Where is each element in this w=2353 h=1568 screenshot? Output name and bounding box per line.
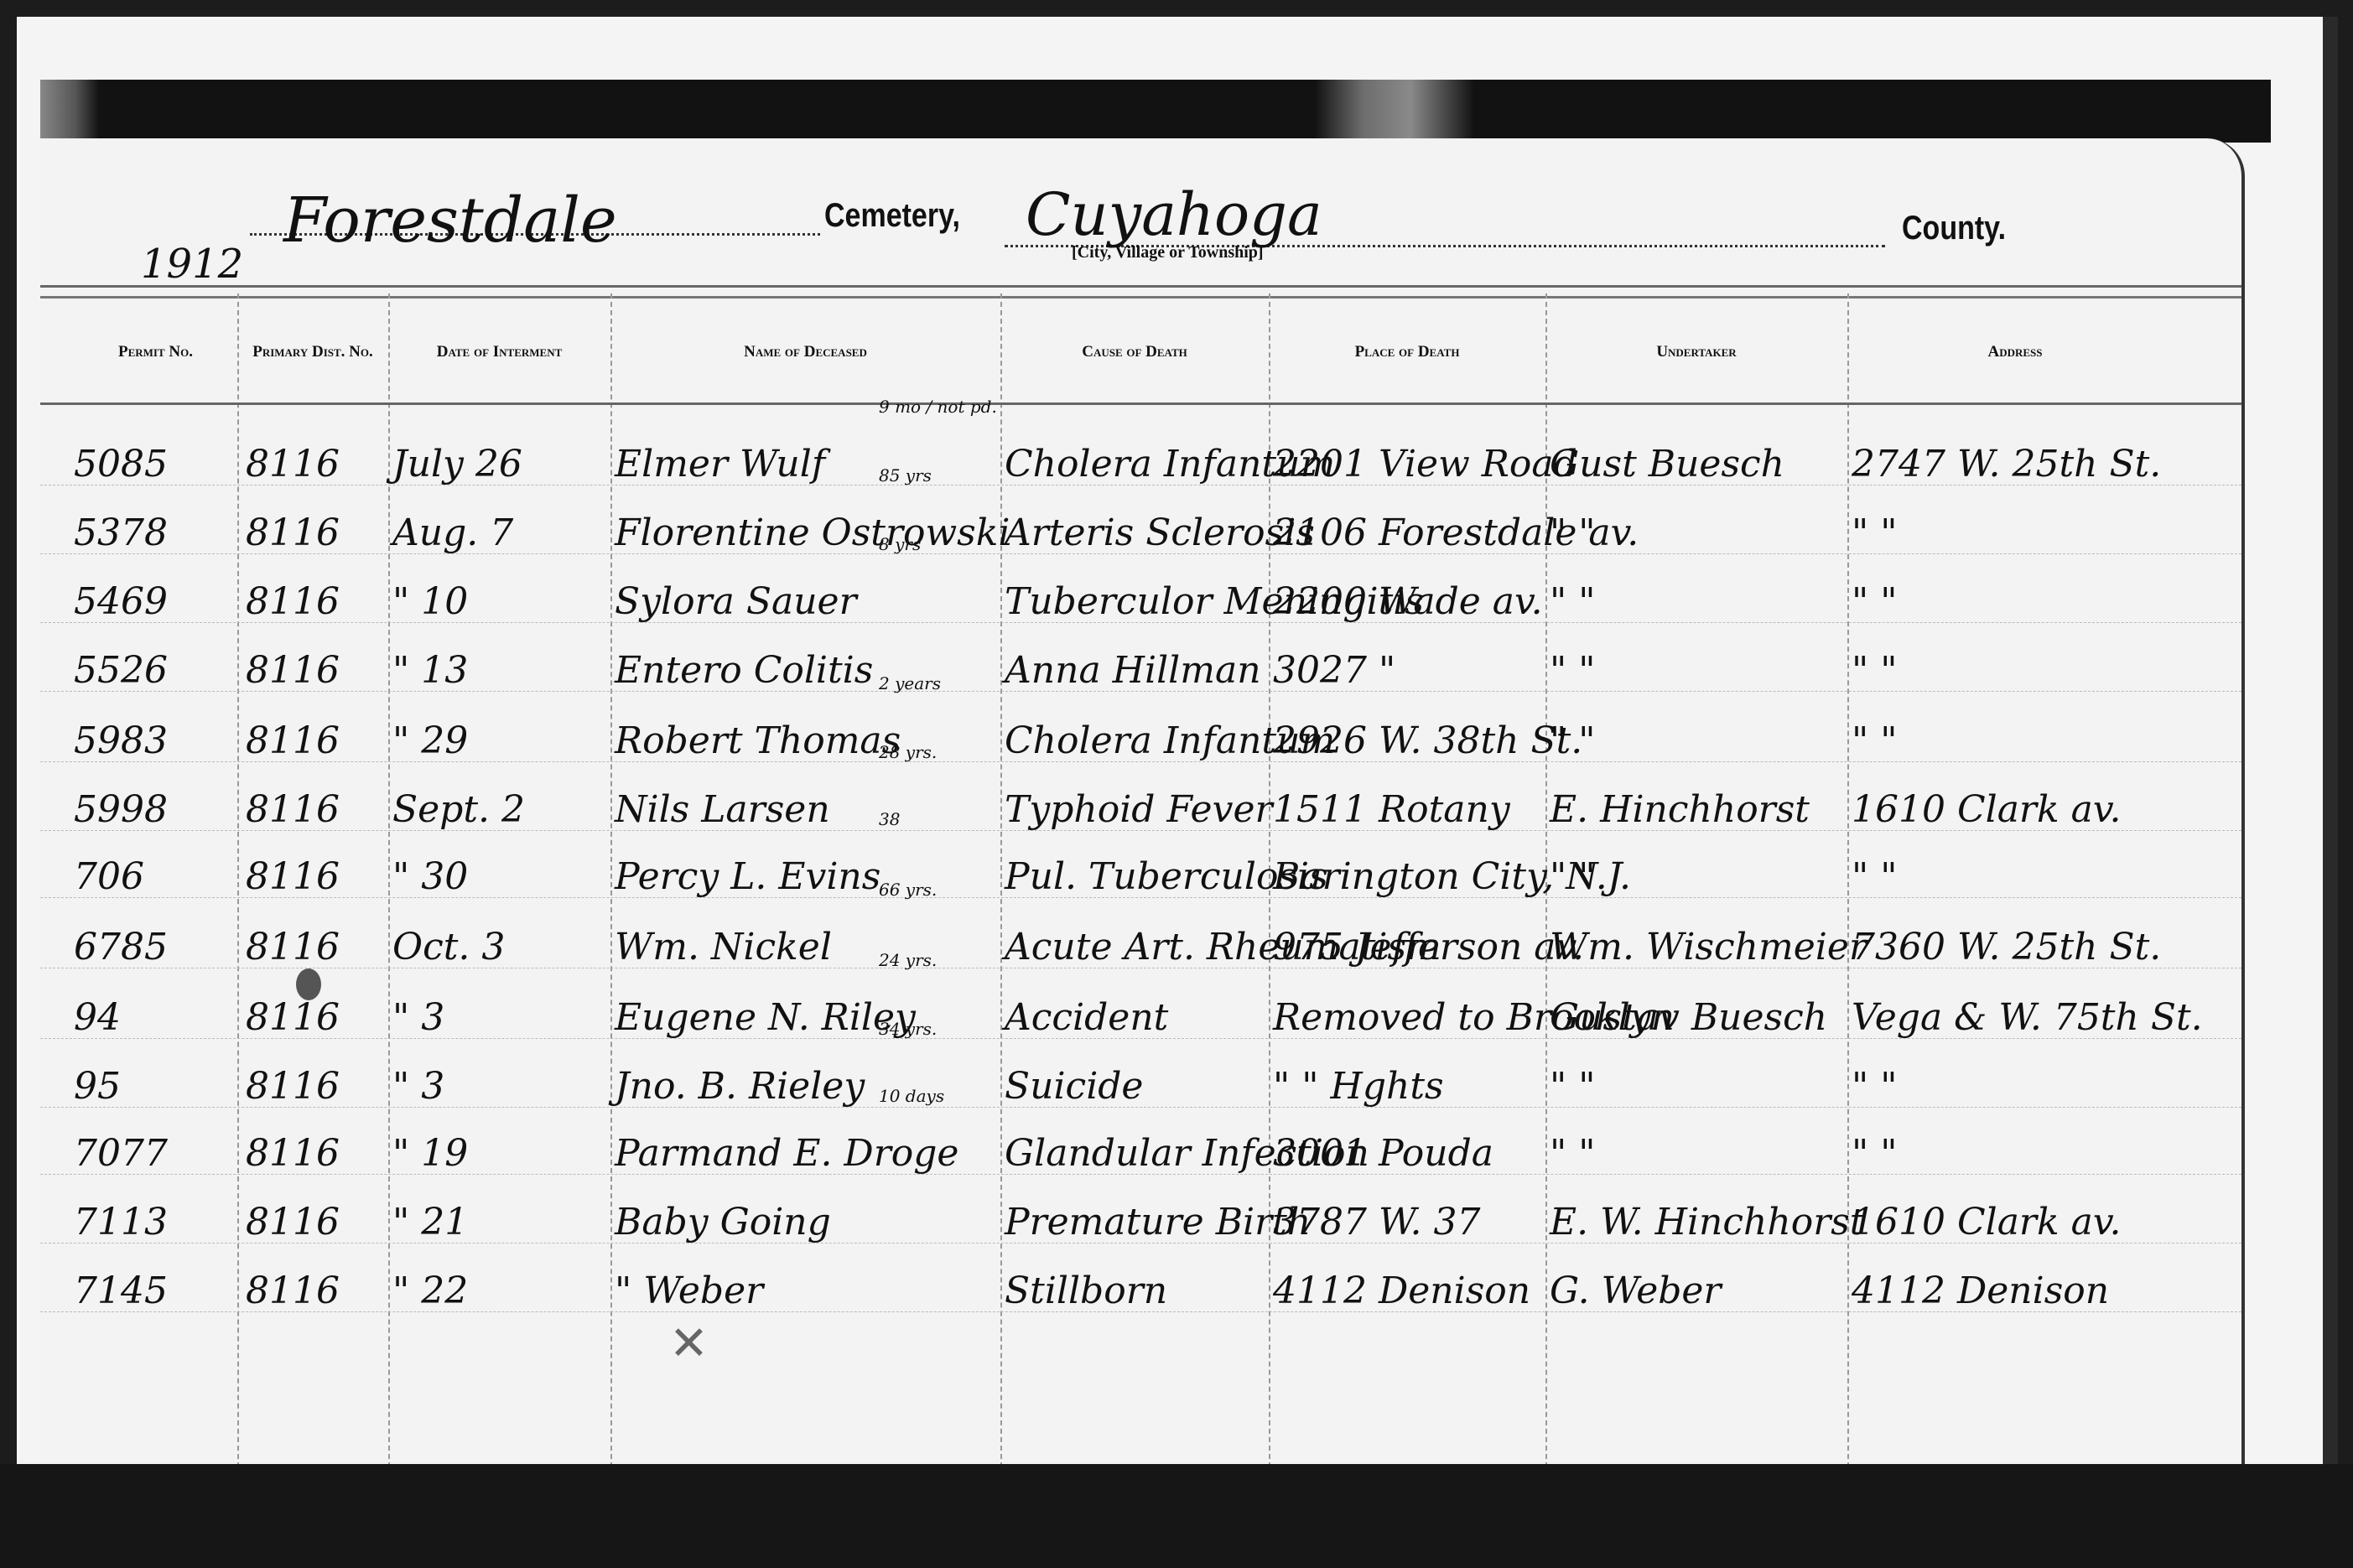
age-annotation: 8 yrs	[879, 534, 921, 554]
age-annotation: 38	[879, 809, 900, 829]
cell-cause: Cholera Infantum	[1005, 692, 1269, 762]
cell-district: 8116	[246, 553, 388, 623]
burial-record-card: Forestdale Cemetery, Cuyahoga [City, Vil…	[40, 138, 2245, 1472]
cell-place: 2200 Wade av.	[1273, 553, 1545, 623]
cell-district: 8116	[246, 621, 388, 692]
city-name: Cuyahoga	[1026, 180, 1322, 249]
cell-cause: Acute Art. Rheumatism	[1005, 898, 1269, 968]
cell-permit: 5526	[74, 621, 237, 692]
col-header-address: Address	[1847, 306, 2183, 398]
cell-name: Robert Thomas	[615, 692, 1000, 762]
cell-place: 975 Jefferson av.	[1273, 898, 1545, 968]
cell-address: " "	[1852, 621, 2221, 692]
table-row: 70778116" 19Parmand E. DrogeGlandular In…	[40, 1104, 2241, 1175]
x-mark-icon: ✕	[669, 1316, 709, 1371]
cell-undertaker: " "	[1550, 692, 1847, 762]
ink-blot	[296, 968, 321, 1000]
col-header-cause: Cause of Death	[1000, 306, 1269, 398]
table-row: 7068116" 30Percy L. EvinsPul. Tuberculos…	[40, 828, 2241, 898]
cell-cause: Accident	[1005, 968, 1269, 1039]
cell-date: " 29	[392, 692, 610, 762]
cell-address: 7360 W. 25th St.	[1852, 898, 2221, 968]
cell-name: Eugene N. Riley	[615, 968, 1000, 1039]
cell-permit: 7145	[74, 1242, 237, 1312]
cell-place: Barington City, N.J.	[1273, 828, 1545, 898]
cell-district: 8116	[246, 1173, 388, 1243]
cell-cause: Anna Hillman	[1005, 621, 1269, 692]
cell-permit: 95	[74, 1037, 237, 1108]
cell-undertaker: E. W. Hinchhorst	[1550, 1173, 1847, 1243]
cell-permit: 6785	[74, 898, 237, 968]
cell-place: 2201 View Road	[1273, 415, 1545, 485]
cell-name: Elmer Wulf	[615, 415, 1000, 485]
table-row: 71458116" 22" WeberStillborn4112 Denison…	[40, 1242, 2241, 1312]
table-row: 948116" 3Eugene N. RileyAccidentRemoved …	[40, 968, 2241, 1039]
cell-address: " "	[1852, 484, 2221, 554]
cell-district: 8116	[246, 1104, 388, 1175]
cell-date: " 21	[392, 1173, 610, 1243]
cell-place: 1511 Rotany	[1273, 761, 1545, 831]
cell-address: " "	[1852, 553, 2221, 623]
col-header-district: Primary Dist. No.	[237, 306, 388, 398]
cell-district: 8116	[246, 1242, 388, 1312]
cell-address: 1610 Clark av.	[1852, 1173, 2221, 1243]
cell-place: 3787 W. 37	[1273, 1173, 1545, 1243]
cell-district: 8116	[246, 1037, 388, 1108]
cell-undertaker: Gustav Buesch	[1550, 968, 1847, 1039]
cell-address: " "	[1852, 1037, 2221, 1108]
cell-name: Entero Colitis	[615, 621, 1000, 692]
cell-name: Sylora Sauer	[615, 553, 1000, 623]
cell-cause: Suicide	[1005, 1037, 1269, 1108]
cell-cause: Cholera Infantum	[1005, 415, 1269, 485]
cell-permit: 5983	[74, 692, 237, 762]
table-row: 59988116Sept. 2Nils LarsenTyphoid Fever1…	[40, 761, 2241, 831]
cell-undertaker: Wm. Wischmeier	[1550, 898, 1847, 968]
header-rule	[40, 285, 2241, 299]
cell-district: 8116	[246, 415, 388, 485]
top-dark-band	[40, 80, 2271, 143]
cell-cause: Typhoid Fever	[1005, 761, 1269, 831]
cell-cause: Tuberculor Meningitis	[1005, 553, 1269, 623]
cell-name: Wm. Nickel	[615, 898, 1000, 968]
cell-date: " 13	[392, 621, 610, 692]
cell-address: " "	[1852, 1104, 2221, 1175]
cell-date: July 26	[392, 415, 610, 485]
cell-date: " 22	[392, 1242, 610, 1312]
cell-permit: 5085	[74, 415, 237, 485]
cell-permit: 5469	[74, 553, 237, 623]
cell-cause: Arteris Sclerosis	[1005, 484, 1269, 554]
cell-undertaker: " "	[1550, 828, 1847, 898]
cell-cause: Glandular Infection	[1005, 1104, 1269, 1175]
table-row: 55268116" 13Entero ColitisAnna Hillman30…	[40, 621, 2241, 692]
age-annotation: 34 yrs.	[879, 1019, 937, 1039]
cell-place: 2106 Forestdale av.	[1273, 484, 1545, 554]
cell-name: Nils Larsen	[615, 761, 1000, 831]
table-row: 71138116" 21Baby GoingPremature Birth378…	[40, 1173, 2241, 1243]
cell-undertaker: " "	[1550, 621, 1847, 692]
table-row: 50858116July 26Elmer WulfCholera Infantu…	[40, 415, 2241, 485]
age-annotation: 85 yrs	[879, 465, 932, 485]
cell-permit: 706	[74, 828, 237, 898]
cell-undertaker: Gust Buesch	[1550, 415, 1847, 485]
cell-place: 3027 "	[1273, 621, 1545, 692]
cell-name: Percy L. Evins	[615, 828, 1000, 898]
cell-address: 1610 Clark av.	[1852, 761, 2221, 831]
record-year: 1912	[141, 241, 243, 288]
table-row: 54698116" 10Sylora SauerTuberculor Menin…	[40, 553, 2241, 623]
cell-place: 2926 W. 38th St.	[1273, 692, 1545, 762]
col-header-permit: Permit No.	[74, 306, 237, 398]
cell-district: 8116	[246, 761, 388, 831]
table-row: 59838116" 29Robert ThomasCholera Infantu…	[40, 692, 2241, 762]
age-annotation: 28 yrs.	[879, 742, 937, 762]
record-header: Forestdale Cemetery, Cuyahoga [City, Vil…	[40, 138, 2241, 289]
cell-name: " Weber	[615, 1242, 1000, 1312]
age-annotation: 2 years	[879, 673, 941, 693]
county-label: County.	[1902, 210, 2006, 247]
cell-cause: Pul. Tuberculosis	[1005, 828, 1269, 898]
cell-date: " 10	[392, 553, 610, 623]
cell-place: " " Hghts	[1273, 1037, 1545, 1108]
cell-district: 8116	[246, 484, 388, 554]
cell-undertaker: G. Weber	[1550, 1242, 1847, 1312]
cell-undertaker: " "	[1550, 1104, 1847, 1175]
bottom-dark-band	[0, 1464, 2353, 1568]
cell-place: Removed to Brooklyn	[1273, 968, 1545, 1039]
cell-address: " "	[1852, 828, 2221, 898]
cell-permit: 5998	[74, 761, 237, 831]
cell-permit: 7113	[74, 1173, 237, 1243]
cell-undertaker: " "	[1550, 1037, 1847, 1108]
cemetery-name: Forestdale	[283, 184, 617, 257]
col-header-name: Name of Deceased	[610, 306, 1000, 398]
cell-district: 8116	[246, 828, 388, 898]
header-underline	[40, 402, 2241, 405]
city-caption: [City, Village or Township]	[1072, 243, 1264, 262]
col-header-date: Date of Interment	[388, 306, 610, 398]
cell-name: Florentine Ostrowski	[615, 484, 1000, 554]
cemetery-label: Cemetery,	[824, 197, 960, 235]
cell-district: 8116	[246, 898, 388, 968]
cell-place: 3001 Pouda	[1273, 1104, 1545, 1175]
cell-address: 2747 W. 25th St.	[1852, 415, 2221, 485]
cell-permit: 94	[74, 968, 237, 1039]
cell-address: " "	[1852, 692, 2221, 762]
table-row: 958116" 3Jno. B. RieleySuicide" " Hghts"…	[40, 1037, 2241, 1108]
age-annotation: 24 yrs.	[879, 950, 937, 970]
cell-cause: Premature Birth	[1005, 1173, 1269, 1243]
cell-address: 4112 Denison	[1852, 1242, 2221, 1312]
col-header-place: Place of Death	[1269, 306, 1545, 398]
cell-permit: 7077	[74, 1104, 237, 1175]
cell-address: Vega & W. 75th St.	[1852, 968, 2221, 1039]
cell-date: Aug. 7	[392, 484, 610, 554]
cell-name: Parmand E. Droge	[615, 1104, 1000, 1175]
cell-date: " 19	[392, 1104, 610, 1175]
cell-place: 4112 Denison	[1273, 1242, 1545, 1312]
row-rule	[40, 1311, 2241, 1312]
cell-date: " 3	[392, 1037, 610, 1108]
age-annotation: 10 days	[879, 1086, 944, 1106]
age-annotation: 9 mo / not pd.	[879, 397, 997, 417]
cell-undertaker: " "	[1550, 484, 1847, 554]
cell-date: " 30	[392, 828, 610, 898]
cell-permit: 5378	[74, 484, 237, 554]
cell-district: 8116	[246, 692, 388, 762]
cell-undertaker: E. Hinchhorst	[1550, 761, 1847, 831]
cell-date: " 3	[392, 968, 610, 1039]
cell-cause: Stillborn	[1005, 1242, 1269, 1312]
table-row: 67858116Oct. 3Wm. NickelAcute Art. Rheum…	[40, 898, 2241, 968]
cell-date: Oct. 3	[392, 898, 610, 968]
cell-name: Baby Going	[615, 1173, 1000, 1243]
table-row: 53788116Aug. 7Florentine OstrowskiArteri…	[40, 484, 2241, 554]
age-annotation: 66 yrs.	[879, 880, 937, 900]
col-header-undertaker: Undertaker	[1545, 306, 1847, 398]
cell-date: Sept. 2	[392, 761, 610, 831]
cell-undertaker: " "	[1550, 553, 1847, 623]
